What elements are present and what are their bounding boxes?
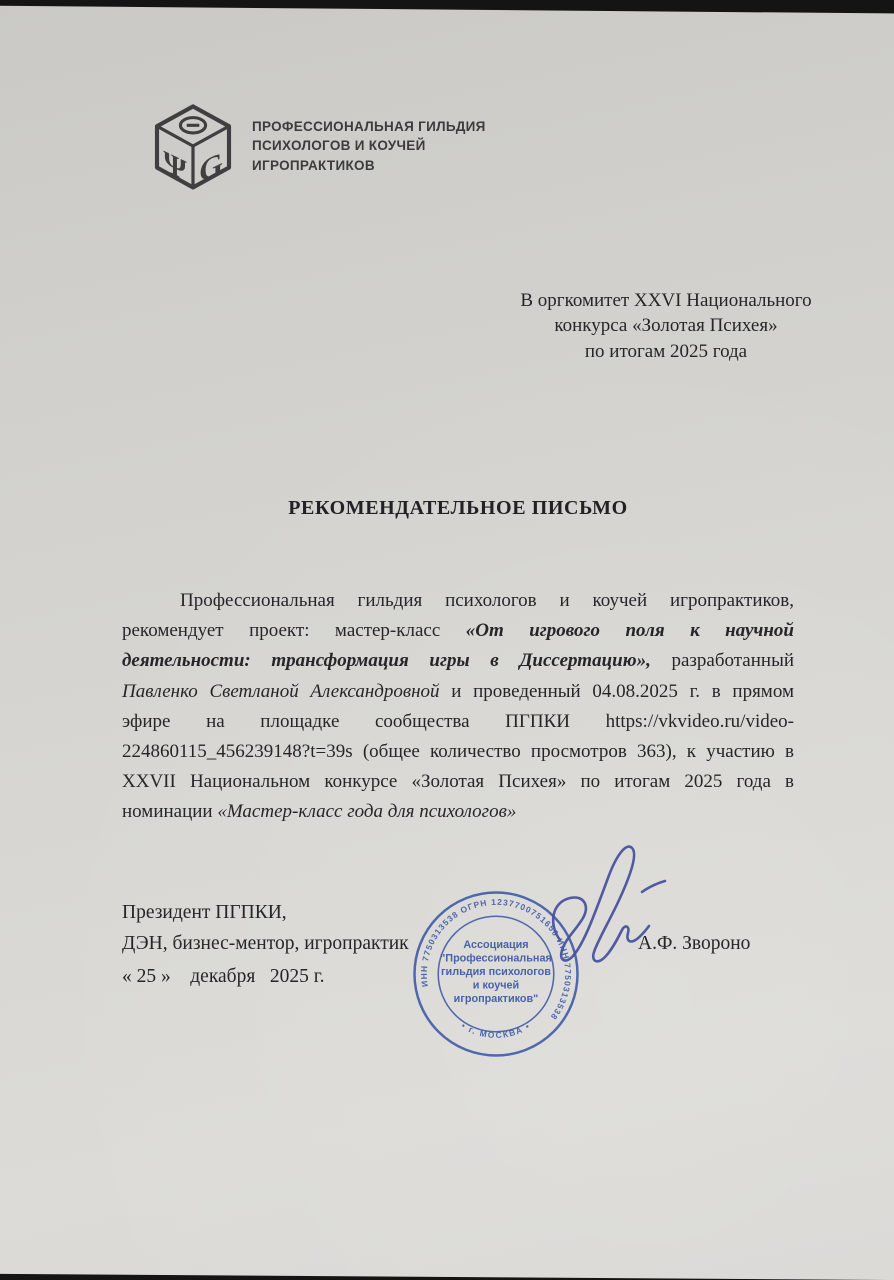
body-paragraph: Профессиональная гильдия психологов и ко… bbox=[122, 586, 794, 828]
stamp-bottom-text: • г. МОСКВА • bbox=[460, 1021, 533, 1041]
guild-name: ПРОФЕССИОНАЛЬНАЯ ГИЛЬДИЯПСИХОЛОГОВ И КОУ… bbox=[252, 117, 486, 174]
body-line: рекомендует проект: мастер-класс «От игр… bbox=[122, 616, 794, 646]
signer-position-line1: Президент ПГПКИ, bbox=[122, 897, 409, 928]
signer-position: Президент ПГПКИ, ДЭН, бизнес-ментор, игр… bbox=[122, 897, 409, 959]
body-line: XXVII Национальном конкурсе «Золотая Пси… bbox=[122, 767, 794, 797]
body-line: Павленко Светланой Александровной и пров… bbox=[122, 677, 794, 707]
date-line: « 25 » декабря 2025 г. bbox=[122, 966, 324, 988]
svg-text:• г. МОСКВА •: • г. МОСКВА • bbox=[460, 1021, 533, 1041]
cube-dice-icon: Ψ G bbox=[148, 100, 238, 192]
signer-position-line2: ДЭН, бизнес-ментор, игропрактик bbox=[122, 928, 409, 959]
addressee-block-line: по итогам 2025 года bbox=[478, 339, 854, 364]
body-line: эфире на площадке сообщества ПГПКИ https… bbox=[122, 707, 794, 737]
addressee-block-line: конкурса «Золотая Психея» bbox=[478, 313, 854, 338]
letter-paper: Ψ G ПРОФЕССИОНАЛЬНАЯ ГИЛЬДИЯПСИХОЛОГОВ И… bbox=[0, 0, 894, 1280]
body-line: Профессиональная гильдия психологов и ко… bbox=[122, 586, 794, 616]
letter-title: РЕКОМЕНДАТЕЛЬНОЕ ПИСЬМО bbox=[122, 497, 794, 520]
guild-name-line: ПРОФЕССИОНАЛЬНАЯ ГИЛЬДИЯ bbox=[252, 117, 486, 136]
body-line: номинации «Мастер-класс года для психоло… bbox=[122, 797, 794, 827]
guild-name-line: ПСИХОЛОГОВ И КОУЧЕЙ bbox=[252, 136, 486, 155]
handwritten-signature bbox=[508, 840, 688, 995]
addressee-block: В оргкомитет XXVI Национальногоконкурса … bbox=[478, 288, 854, 364]
body-line: деятельности: трансформация игры в Диссе… bbox=[122, 646, 794, 676]
guild-logo: Ψ G ПРОФЕССИОНАЛЬНАЯ ГИЛЬДИЯПСИХОЛОГОВ И… bbox=[148, 100, 486, 192]
guild-name-line: ИГРОПРАКТИКОВ bbox=[252, 156, 486, 175]
addressee-block-line: В оргкомитет XXVI Национального bbox=[478, 288, 854, 313]
body-line: 224860115_456239148?t=39s (общее количес… bbox=[122, 737, 794, 767]
